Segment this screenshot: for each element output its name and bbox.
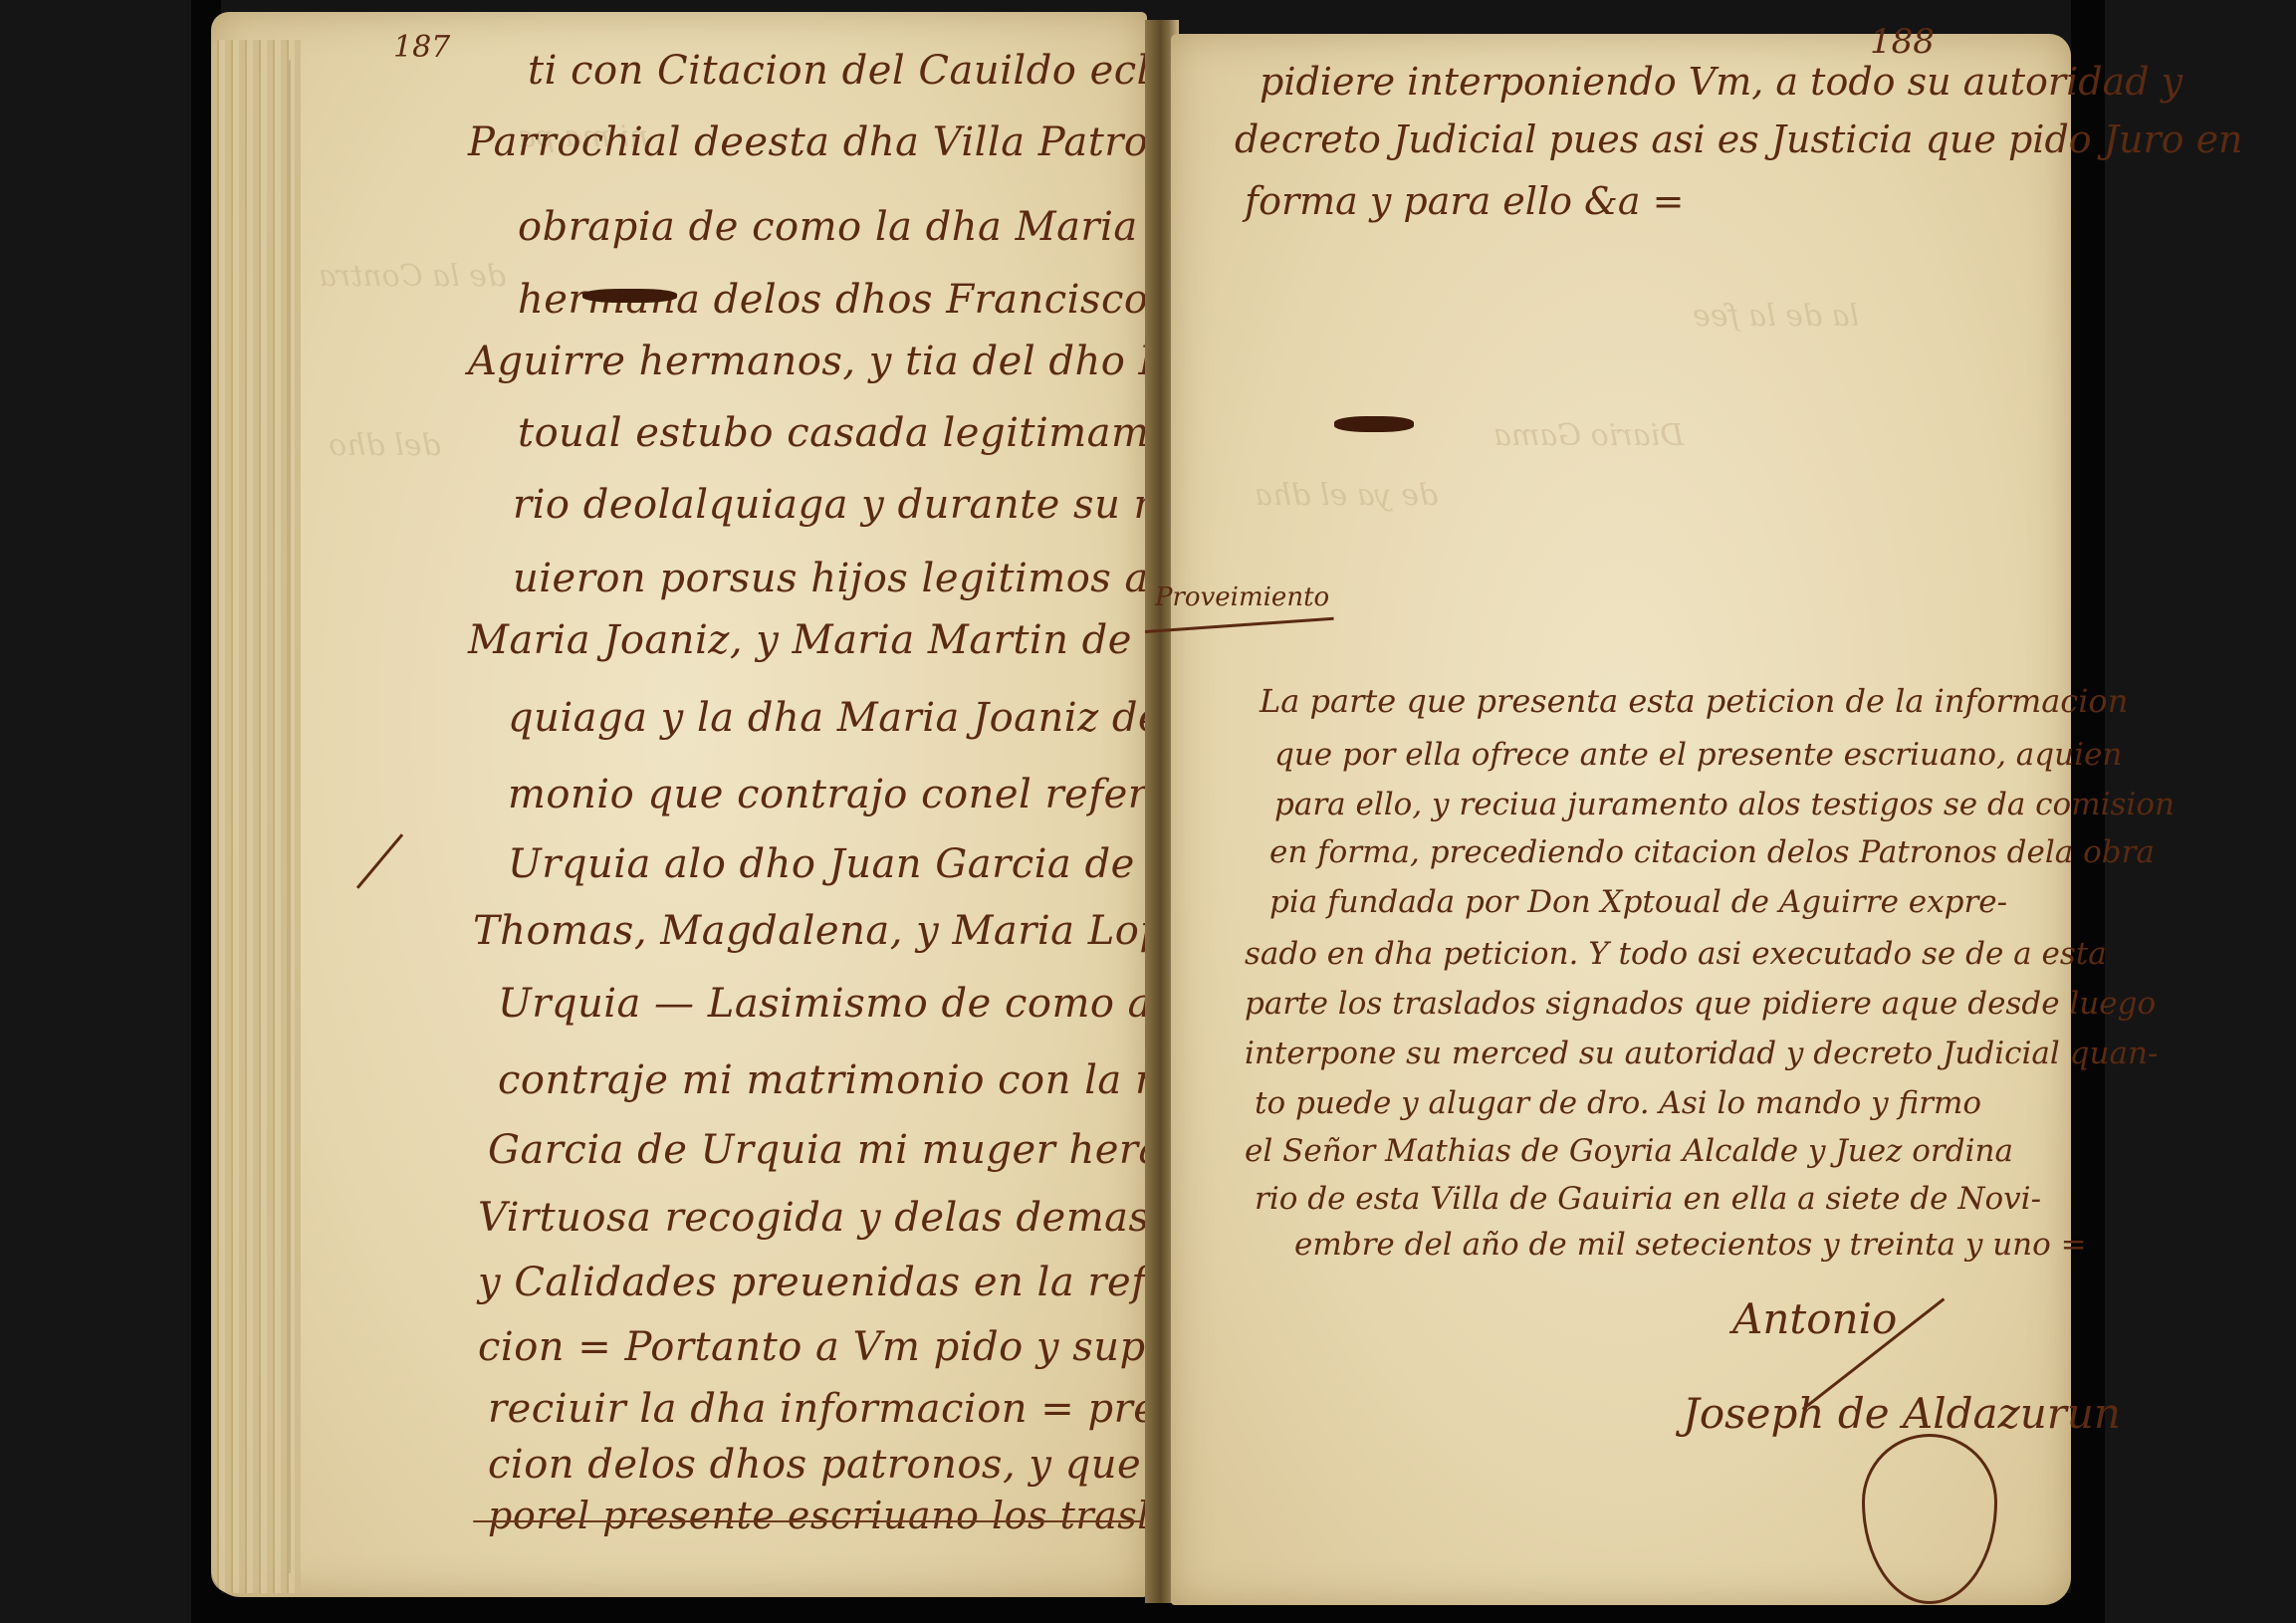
manuscript-line: pia fundada por Don Xptoual de Aguirre e…	[1269, 884, 2007, 920]
ink-blot	[1334, 416, 1414, 432]
folio-number-right: 188	[1870, 22, 1935, 62]
left-page-margin-rule	[289, 60, 291, 1573]
manuscript-line: que por ella ofrece ante el presente esc…	[1274, 737, 2122, 773]
manuscript-line: interpone su merced su autoridad y decre…	[1245, 1036, 2158, 1071]
manuscript-line: para ello, y reciua juramento alos testi…	[1274, 787, 2175, 822]
manuscript-line: decreto Judicial pues asi es Justicia qu…	[1235, 117, 2243, 161]
signature-joseph: Joseph de Aldazurun	[1683, 1389, 2121, 1438]
manuscript-line: to puede y alugar de dro. Asi lo mando y…	[1255, 1085, 1981, 1121]
bleed-through-text: del dho	[329, 428, 441, 463]
manuscript-line: La parte que presenta esta peticion de l…	[1260, 682, 2128, 720]
manuscript-line: Maria Joaniz, y Maria Martin de olal	[468, 617, 1221, 663]
manuscript-line: el Señor Mathias de Goyria Alcalde y Jue…	[1245, 1133, 2013, 1169]
left-background-band	[0, 0, 191, 1623]
bleed-through-text: Diario Gama	[1493, 418, 1684, 453]
manuscript-line: forma y para ello &a =	[1245, 179, 1684, 223]
bleed-through-text: la de la fee	[1693, 299, 1859, 334]
left-page-stacked-edges	[211, 40, 301, 1593]
manuscript-line: embre del año de mil setecientos y trein…	[1294, 1227, 2087, 1263]
manuscript-line: rio de esta Villa de Gauiria en ella a s…	[1255, 1181, 2041, 1217]
margin-note-proveimiento: Proveimiento	[1155, 582, 1329, 612]
manuscript-line: parte los traslados signados que pidiere…	[1245, 986, 2156, 1022]
folio-number-left: 187	[393, 30, 450, 65]
signature-antonio: Antonio	[1732, 1294, 1897, 1343]
bleed-through-text: de ya el dha	[1255, 478, 1438, 513]
closing-rule-line	[473, 1520, 1142, 1522]
manuscript-line: pidiere interponiendo Vm, a todo su auto…	[1260, 60, 2182, 104]
manuscript-line: sado en dha peticion. Y todo asi executa…	[1245, 936, 2107, 972]
ink-blot-strikeout	[582, 289, 677, 303]
manuscript-line: en forma, precediendo citacion delos Pat…	[1269, 834, 2155, 870]
bleed-through-text: de la Contra	[319, 259, 506, 294]
